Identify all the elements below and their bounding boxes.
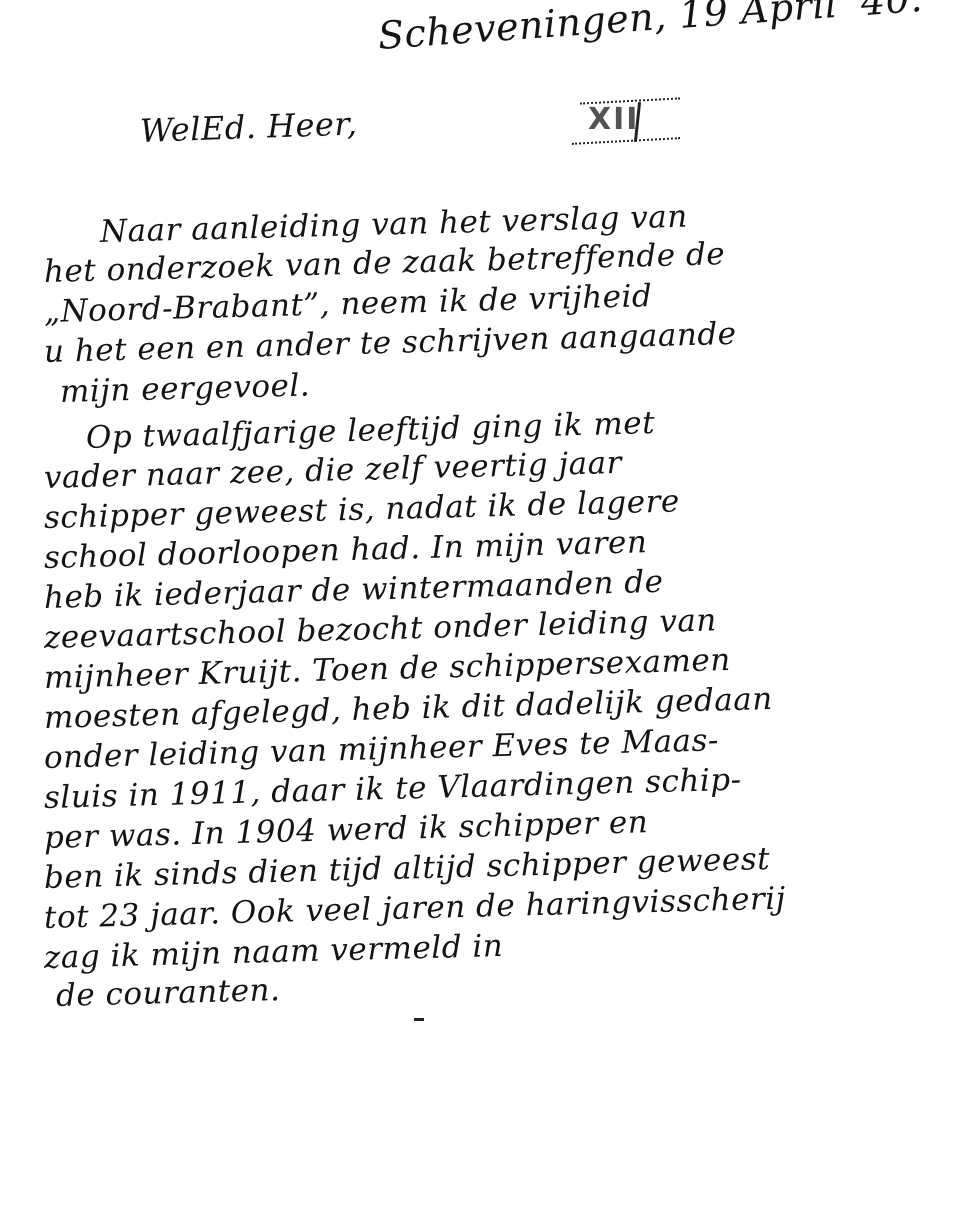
letter-line: mijn eergevoel. (60, 367, 311, 410)
stamp-line-bottom (572, 137, 680, 145)
letter-page: Scheveningen, 19 April '40. WelEd. Heer,… (0, 0, 956, 1216)
archive-stamp: XII (572, 100, 682, 146)
stamp-label: XII (588, 102, 639, 137)
ink-mark (414, 1018, 424, 1021)
salutation: WelEd. Heer, (139, 104, 358, 150)
place-date: Scheveningen, 19 April '40. (376, 0, 924, 58)
letter-line: zag ik mijn naam vermeld in (44, 928, 504, 976)
letter-line: de couranten. (56, 972, 281, 1014)
